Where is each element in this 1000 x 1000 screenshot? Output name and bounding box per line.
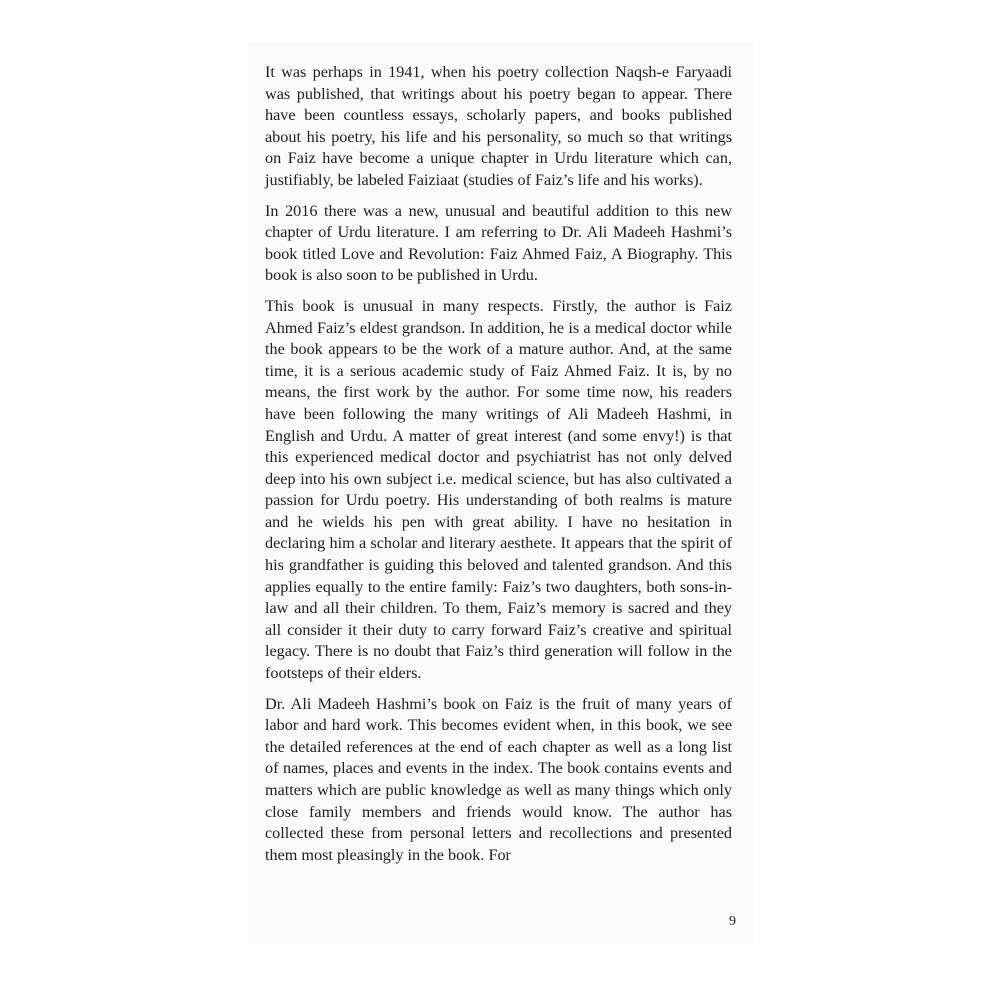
paragraph-3: This book is unusual in many respects. F… (265, 296, 732, 685)
body-text: It was perhaps in 1941, when his poetry … (265, 62, 732, 875)
paragraph-4: Dr. Ali Madeeh Hashmi’s book on Faiz is … (265, 694, 732, 867)
page-number: 9 (716, 914, 736, 930)
paragraph-2: In 2016 there was a new, unusual and bea… (265, 201, 732, 287)
paragraph-1: It was perhaps in 1941, when his poetry … (265, 62, 732, 192)
